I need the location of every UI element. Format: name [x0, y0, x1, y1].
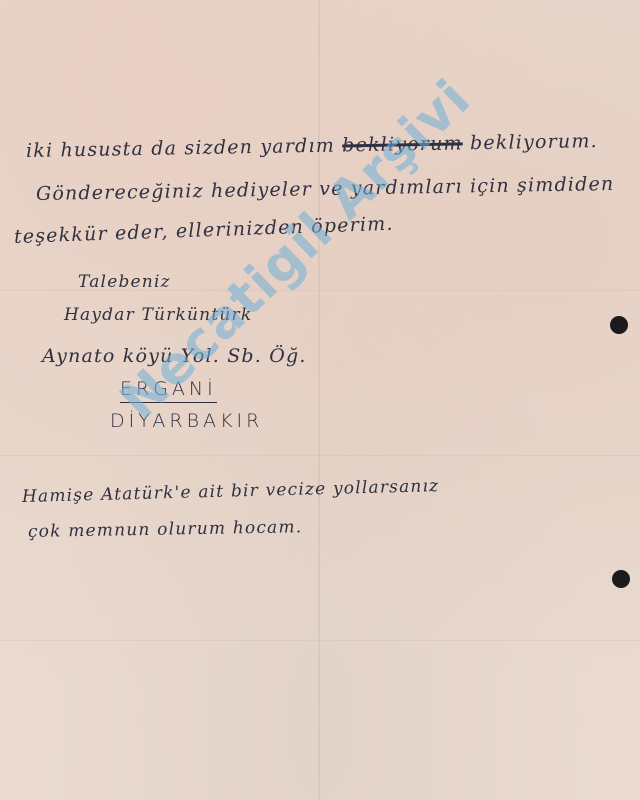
postscript-line-2: çok memnun olurum hocam. [28, 517, 303, 542]
line-3-text: teşekkür eder, ellerinizden öperim. [14, 213, 394, 248]
punch-hole [610, 316, 628, 334]
signature-district: ERGANİ [120, 378, 217, 400]
signature-province: DİYARBAKIR [110, 410, 263, 432]
letter-line-1: iki hususta da sizden yardım bekliyorum … [26, 130, 598, 162]
paper-texture-line [0, 640, 640, 641]
paper-fold-line [318, 0, 320, 800]
district-text: ERGANİ [120, 378, 217, 403]
letter-line-2: Göndereceğiniz hediyeler ve yardımları i… [36, 173, 615, 205]
letter-page: iki hususta da sizden yardım bekliyorum … [0, 0, 640, 800]
letter-line-3: teşekkür eder, ellerinizden öperim. [14, 213, 394, 248]
line-1-text: iki hususta da sizden yardım [26, 135, 335, 162]
paper-texture-line [0, 455, 640, 456]
signature-closing: Talebeniz [78, 272, 171, 292]
signature-address: Aynato köyü Yol. Sb. Öğ. [42, 345, 307, 367]
line-1-continuation: bekliyorum. [470, 130, 598, 154]
crossed-out-word: bekliyorum [342, 132, 463, 156]
postscript-line-1: Hamişe Atatürk'e ait bir vecize yollarsa… [22, 476, 440, 507]
signature-name: Haydar Türküntürk [64, 305, 252, 325]
line-2-text: Göndereceğiniz hediyeler ve yardımları i… [36, 173, 615, 205]
punch-hole [612, 570, 630, 588]
